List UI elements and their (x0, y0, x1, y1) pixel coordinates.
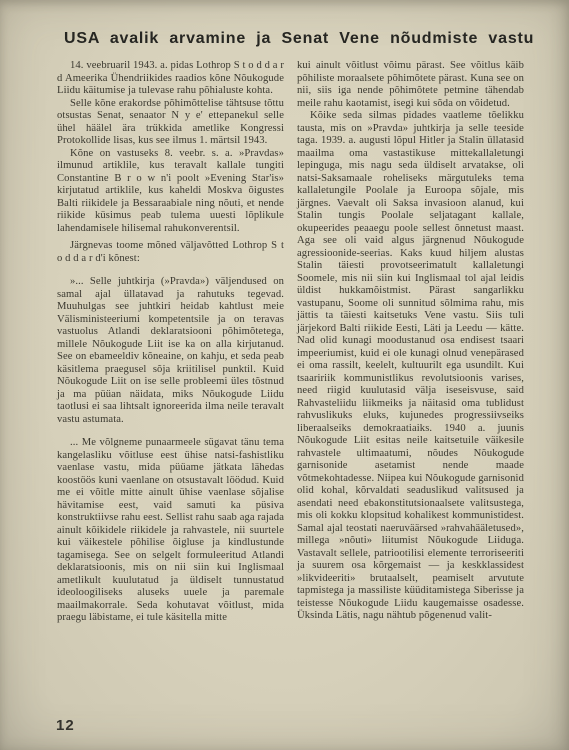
scanned-page: USA avalik arvamine ja Senat Vene nõudmi… (0, 0, 569, 750)
paragraph: Selle kõne erakordse põhimõttelise tähts… (57, 98, 284, 148)
paragraph: ... Me võlgneme punaarmeele sügavat tänu… (57, 437, 284, 625)
page-number: 12 (56, 717, 75, 734)
paragraph: »... Selle juhtkirja (»Pravda») väljendu… (57, 276, 284, 426)
text-columns: 14. veebruaril 1943. a. pidas Lothrop S … (0, 48, 569, 625)
paragraph: kui ainult võitlust võimu pärast. See võ… (297, 60, 524, 110)
left-column: 14. veebruaril 1943. a. pidas Lothrop S … (57, 60, 284, 625)
paragraph: 14. veebruaril 1943. a. pidas Lothrop S … (57, 60, 284, 98)
paragraph: Järgnevas toome mõned väljavõtted Lothro… (57, 240, 284, 265)
paragraph: Kõike seda silmas pidades vaatleme tõeli… (297, 110, 524, 623)
paragraph: Kõne on vastuseks 8. veebr. s. a. »Pravd… (57, 148, 284, 236)
article-title: USA avalik arvamine ja Senat Vene nõudmi… (0, 0, 569, 48)
right-column: kui ainult võitlust võimu pärast. See võ… (297, 60, 524, 625)
